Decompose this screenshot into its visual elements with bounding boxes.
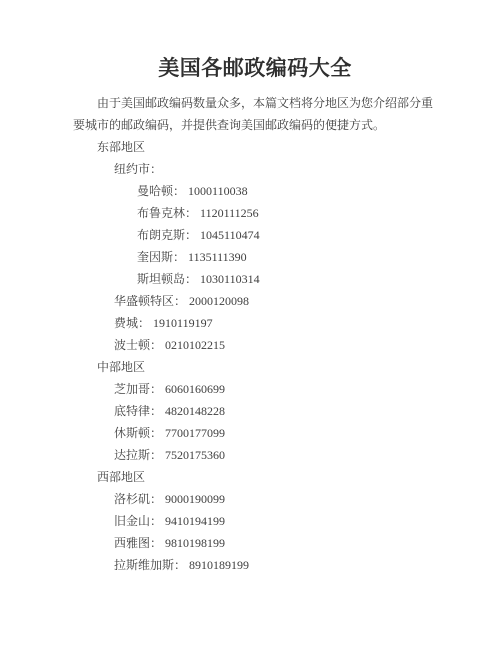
postal-code: 1045110474 (200, 228, 260, 242)
document-page: 美国各邮政编码大全 由于美国邮政编码数量众多，本篇文档将分地区为您介绍部分重要城… (0, 0, 500, 647)
postal-code: 2000120098 (189, 294, 249, 308)
entry-label: 旧金山： (114, 514, 162, 528)
entry-row: 休斯顿：7700177099 (73, 422, 437, 444)
entry-label: 华盛顿特区： (114, 294, 186, 308)
entry-row: 旧金山：9410194199 (73, 510, 437, 532)
entry-label: 奎因斯： (137, 250, 185, 264)
postal-code: 1120111256 (200, 206, 259, 220)
entry-label: 布朗克斯： (137, 228, 197, 242)
postal-code: 9810198199 (165, 536, 225, 550)
entry-row: 华盛顿特区：2000120098 (73, 290, 437, 312)
entry-label: 波士顿： (114, 338, 162, 352)
postal-code: 7520175360 (165, 448, 225, 462)
postal-code: 6060160699 (165, 382, 225, 396)
region-heading-east: 东部地区 (73, 136, 437, 158)
entry-label: 底特律： (114, 404, 162, 418)
entry-row: 西雅图：9810198199 (73, 532, 437, 554)
postal-code: 1135111390 (188, 250, 247, 264)
postal-code: 1030110314 (200, 272, 260, 286)
postal-code: 8910189199 (189, 558, 249, 572)
entry-row: 曼哈顿：1000110038 (73, 180, 437, 202)
postal-code: 4820148228 (165, 404, 225, 418)
entry-label: 拉斯维加斯： (114, 558, 186, 572)
entry-row: 布朗克斯：1045110474 (73, 224, 437, 246)
entry-row: 拉斯维加斯：8910189199 (73, 554, 437, 576)
entry-label: 西雅图： (114, 536, 162, 550)
region-heading-west: 西部地区 (73, 466, 437, 488)
entry-row: 底特律：4820148228 (73, 400, 437, 422)
entry-row: 布鲁克林：1120111256 (73, 202, 437, 224)
entry-label: 洛杉矶： (114, 492, 162, 506)
entry-label: 芝加哥： (114, 382, 162, 396)
entry-row: 波士顿：0210102215 (73, 334, 437, 356)
postal-code: 0210102215 (165, 338, 225, 352)
postal-code: 7700177099 (165, 426, 225, 440)
entry-label: 达拉斯： (114, 448, 162, 462)
intro-paragraph: 由于美国邮政编码数量众多，本篇文档将分地区为您介绍部分重要城市的邮政编码，并提供… (73, 92, 437, 136)
postal-code: 1000110038 (188, 184, 248, 198)
entry-row: 奎因斯：1135111390 (73, 246, 437, 268)
entry-label: 费城： (114, 316, 150, 330)
entry-label: 休斯顿： (114, 426, 162, 440)
entry-row: 斯坦顿岛：1030110314 (73, 268, 437, 290)
entry-label: 斯坦顿岛： (137, 272, 197, 286)
entry-row: 费城：1910119197 (73, 312, 437, 334)
entry-row: 芝加哥：6060160699 (73, 378, 437, 400)
postal-code: 1910119197 (153, 316, 213, 330)
entry-row: 达拉斯：7520175360 (73, 444, 437, 466)
entry-row: 纽约市： (73, 158, 437, 180)
postal-code: 9000190099 (165, 492, 225, 506)
entry-row: 洛杉矶：9000190099 (73, 488, 437, 510)
postal-code: 9410194199 (165, 514, 225, 528)
document-title: 美国各邮政编码大全 (73, 52, 437, 84)
entry-label: 曼哈顿： (137, 184, 185, 198)
entry-label: 纽约市： (114, 162, 162, 176)
entry-label: 布鲁克林： (137, 206, 197, 220)
region-heading-central: 中部地区 (73, 356, 437, 378)
